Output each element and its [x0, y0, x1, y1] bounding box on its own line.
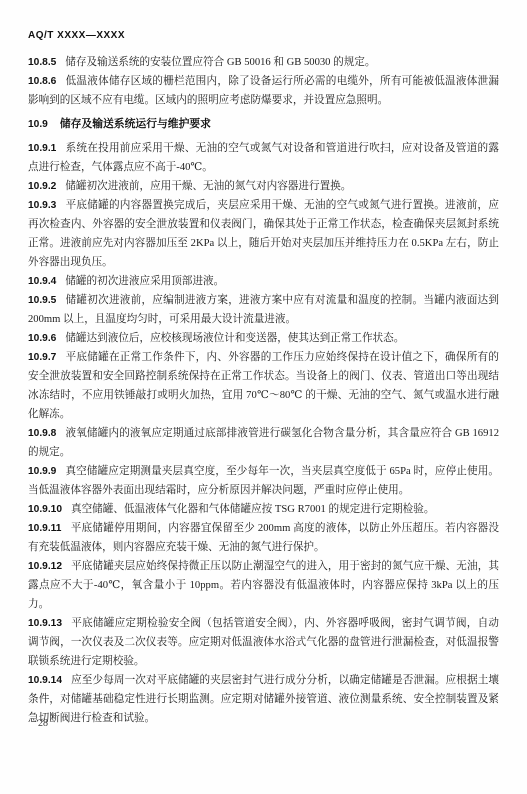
clause-paragraph: 10.9.14应至少每周一次对平底储罐的夹层密封气进行成分分析，以确定储罐是否泄…: [28, 671, 499, 728]
clause-paragraph: 10.8.6低温液体储存区域的栅栏范围内，除了设备运行所必需的电缆外，所有可能被…: [28, 72, 499, 110]
clause-text: 储罐的初次进液应采用顶部进液。: [65, 276, 224, 287]
clause-number: 10.9.4: [28, 276, 65, 287]
document-page: AQ/T XXXX—XXXX 10.8.5储存及输送系统的安装位置应符合 GB …: [0, 0, 527, 794]
clause-number: 10.9.3: [28, 200, 65, 211]
clause-text: 低温液体储存区域的栅栏范围内，除了设备运行所必需的电缆外，所有可能被低温液体泄漏…: [28, 76, 499, 106]
clause-text: 储罐达到液位后，应校核现场液位计和变送器，使其达到正常工作状态。: [65, 333, 404, 344]
clause-number: 10.9.12: [28, 561, 71, 572]
clause-number: 10.9.6: [28, 333, 65, 344]
clause-paragraph: 10.9.7平底储罐在正常工作条件下，内、外容器的工作压力应始终保持在设计值之下…: [28, 348, 499, 424]
clause-text: 液氧储罐内的液氧应定期通过底部排液管进行碳氢化合物含量分析，其含量应符合 GB …: [28, 428, 499, 458]
section-number: 10.9: [28, 119, 60, 130]
clause-paragraph: 10.9.8液氧储罐内的液氧应定期通过底部排液管进行碳氢化合物含量分析，其含量应…: [28, 424, 499, 462]
document-body: 10.8.5储存及输送系统的安装位置应符合 GB 50016 和 GB 5003…: [28, 53, 499, 728]
clause-paragraph: 10.9.9真空储罐应定期测量夹层真空度，至少每年一次，当夹层真空度低于 65P…: [28, 462, 499, 500]
clause-paragraph: 10.9.3平底储罐的内容器置换完成后，夹层应采用干燥、无油的空气或氮气进行置换…: [28, 196, 499, 272]
clause-number: 10.9.2: [28, 181, 65, 192]
section-title: 储存及输送系统运行与维护要求: [60, 118, 211, 130]
clause-text: 平底储罐应定期检验安全阀（包括管道安全阀），内、外容器呼吸阀，密封气调节阀，自动…: [28, 618, 499, 667]
clause-number: 10.8.6: [28, 76, 65, 87]
clause-number: 10.9.1: [28, 143, 65, 154]
clause-number: 10.9.9: [28, 466, 65, 477]
clause-text: 真空储罐、低温液体气化器和气体储罐应按 TSG R7001 的规定进行定期检验。: [71, 504, 434, 515]
clause-number: 10.9.10: [28, 504, 71, 515]
clause-number: 10.9.5: [28, 295, 65, 306]
clause-paragraph: 10.9.5储罐初次进液前，应编制进液方案，进液方案中应有对流量和温度的控制。当…: [28, 291, 499, 329]
clause-text: 真空储罐应定期测量夹层真空度，至少每年一次，当夹层真空度低于 65Pa 时，应停…: [28, 466, 499, 496]
clause-text: 储罐初次进液前，应用干燥、无油的氮气对内容器进行置换。: [65, 181, 351, 192]
clause-text: 系统在投用前应采用干燥、无油的空气或氮气对设备和管道进行吹扫，应对设备及管道的露…: [28, 143, 499, 173]
page-number: 28: [38, 718, 48, 729]
clause-paragraph: 10.9.12平底储罐夹层应始终保持微正压以防止潮湿空气的进入，用于密封的氮气应…: [28, 557, 499, 614]
clause-paragraph: 10.9.2储罐初次进液前，应用干燥、无油的氮气对内容器进行置换。: [28, 177, 499, 196]
clause-text: 应至少每周一次对平底储罐的夹层密封气进行成分分析，以确定储罐是否泄漏。应根据土壤…: [28, 675, 499, 724]
clause-paragraph: 10.9.11平底储罐停用期间，内容器宜保留至少 200mm 高度的液体，以防止…: [28, 519, 499, 557]
clause-number: 10.9.7: [28, 352, 65, 363]
clause-number: 10.9.11: [28, 523, 70, 534]
clause-paragraph: 10.8.5储存及输送系统的安装位置应符合 GB 50016 和 GB 5003…: [28, 53, 499, 72]
clause-number: 10.8.5: [28, 57, 65, 68]
clause-paragraph: 10.9.10真空储罐、低温液体气化器和气体储罐应按 TSG R7001 的规定…: [28, 500, 499, 519]
clause-number: 10.9.8: [28, 428, 65, 439]
clause-text: 储存及输送系统的安装位置应符合 GB 50016 和 GB 50030 的规定。: [65, 57, 375, 68]
standard-number: AQ/T XXXX—XXXX: [28, 30, 499, 41]
clause-text: 储罐初次进液前，应编制进液方案，进液方案中应有对流量和温度的控制。当罐内液面达到…: [28, 295, 499, 325]
clause-paragraph: 10.9.4储罐的初次进液应采用顶部进液。: [28, 272, 499, 291]
clause-number: 10.9.13: [28, 618, 71, 629]
clause-paragraph: 10.9.1系统在投用前应采用干燥、无油的空气或氮气对设备和管道进行吹扫，应对设…: [28, 139, 499, 177]
clause-text: 平底储罐夹层应始终保持微正压以防止潮湿空气的进入，用于密封的氮气应干燥、无油，其…: [28, 561, 499, 610]
section-heading: 10.9储存及输送系统运行与维护要求: [28, 115, 499, 134]
clause-paragraph: 10.9.6储罐达到液位后，应校核现场液位计和变送器，使其达到正常工作状态。: [28, 329, 499, 348]
clause-paragraph: 10.9.13平底储罐应定期检验安全阀（包括管道安全阀），内、外容器呼吸阀，密封…: [28, 614, 499, 671]
clause-number: 10.9.14: [28, 675, 71, 686]
clause-text: 平底储罐在正常工作条件下，内、外容器的工作压力应始终保持在设计值之下，确保所有的…: [28, 352, 499, 420]
clause-text: 平底储罐停用期间，内容器宜保留至少 200mm 高度的液体，以防止外压超压。若内…: [28, 523, 499, 553]
clause-text: 平底储罐的内容器置换完成后，夹层应采用干燥、无油的空气或氮气进行置换。进液前，应…: [28, 200, 499, 268]
